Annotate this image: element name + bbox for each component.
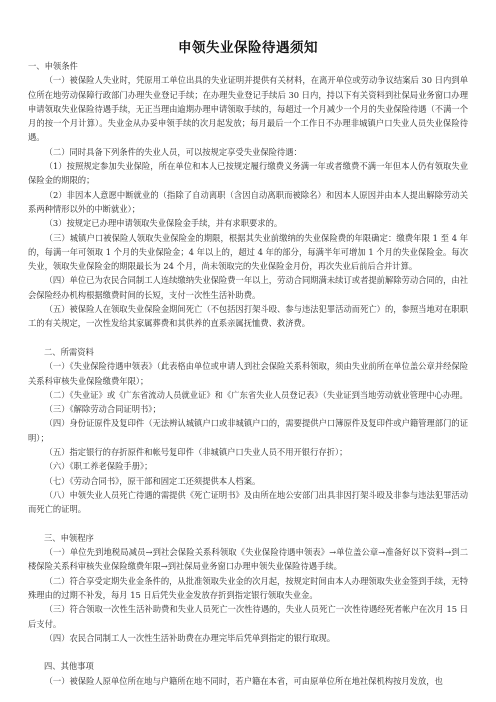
paragraph: （一）单位先到地税局减员→到社会保险关系科领取《失业保险待遇申领表》→单位盖公章… — [28, 545, 468, 574]
paragraph: （三）城镇户口被保险人领取失业保险金的期限，根据其失业前缴纳的失业保险费的年限确… — [28, 231, 468, 274]
section-heading: 四、其他事项 — [28, 659, 468, 673]
section-other-matters: 四、其他事项 （一）被保险人原单位所在地与户籍所在地不同时，若户籍在本省，可由原… — [28, 659, 468, 688]
paragraph: （3）按规定已办理申请领取失业保险金手续，并有求职要求的。 — [28, 216, 468, 230]
paragraph: （一）被保险人原单位所在地与户籍所在地不同时，若户籍在本省，可由原单位所在地社保… — [28, 674, 468, 688]
paragraph: （三）符合领取一次性生活补助费和失业人员死亡一次性待遇的，失业人员死亡一次性待遇… — [28, 602, 468, 631]
paragraph: （二）同时具备下列条件的失业人员，可以按规定享受失业保险待遇： — [28, 145, 468, 159]
paragraph: （五）被保险人在领取失业保险金期间死亡（不包括因打架斗殴、参与违法犯罪活动而死亡… — [28, 302, 468, 331]
section-required-materials: 二、所需资料 （一）《失业保险待遇申领表》（此表格由单位或申请人到社会保险关系科… — [28, 345, 468, 517]
paragraph: （五）指定银行的存折原件和帐号复印件（非城镇户口失业人员不用开银行存折）； — [28, 445, 468, 459]
section-heading: 二、所需资料 — [28, 345, 468, 359]
paragraph: （四）身份证原件及复印件（无法辨认城镇户口或非城镇户口的，需要提供户口簿原件及复… — [28, 416, 468, 445]
paragraph: （1）按照规定参加失业保险，所在单位和本人已按规定履行缴费义务满一年或者缴费不满… — [28, 159, 468, 188]
spacer — [28, 517, 468, 531]
document-body: 一、申领条件 （一）被保险人失业时，凭原用工单位出具的失业证明并提供有关材料，在… — [28, 59, 468, 688]
paragraph: （二）符合享受定期失业金条件的，从批准领取失业金的次月起，按规定时间由本人办理领… — [28, 574, 468, 603]
paragraph: （三）《解除劳动合同证明书》； — [28, 402, 468, 416]
paragraph: （一）被保险人失业时，凭原用工单位出具的失业证明并提供有关材料，在离开单位或劳动… — [28, 73, 468, 144]
section-application-conditions: 一、申领条件 （一）被保险人失业时，凭原用工单位出具的失业证明并提供有关材料，在… — [28, 59, 468, 331]
paragraph: （四）农民合同制工人一次性生活补助费在办理完毕后凭单到指定的银行取现。 — [28, 631, 468, 645]
paragraph: （六）《职工养老保险手册》； — [28, 459, 468, 473]
paragraph: （七）《劳动合同书》，原干部和固定工还须提供本人档案。 — [28, 474, 468, 488]
paragraph: （四）单位已为农民合同制工人连续缴纳失业保险费一年以上，劳动合同期满未续订或者提… — [28, 273, 468, 302]
section-application-procedure: 三、申领程序 （一）单位先到地税局减员→到社会保险关系科领取《失业保险待遇申领表… — [28, 531, 468, 645]
paragraph: （二）《失业证》或《广东省流动人员就业证》和《广东省失业人员登记表》（失业证到当… — [28, 388, 468, 402]
paragraph: （八）申领失业人员死亡待遇的需提供《死亡证明书》及由所在地公安部门出具非因打架斗… — [28, 488, 468, 517]
document-page: 申领失业保险待遇须知 一、申领条件 （一）被保险人失业时，凭原用工单位出具的失业… — [0, 0, 496, 702]
paragraph: （2）非因本人意愿中断就业的（指除了自动离职（含因自动离职而被除名）和因本人原因… — [28, 188, 468, 217]
document-title: 申领失业保险待遇须知 — [0, 36, 496, 56]
spacer — [28, 645, 468, 659]
spacer — [28, 331, 468, 345]
section-heading: 三、申领程序 — [28, 531, 468, 545]
section-heading: 一、申领条件 — [28, 59, 468, 73]
paragraph: （一）《失业保险待遇申领表》（此表格由单位或申请人到社会保险关系科领取，须由失业… — [28, 359, 468, 388]
